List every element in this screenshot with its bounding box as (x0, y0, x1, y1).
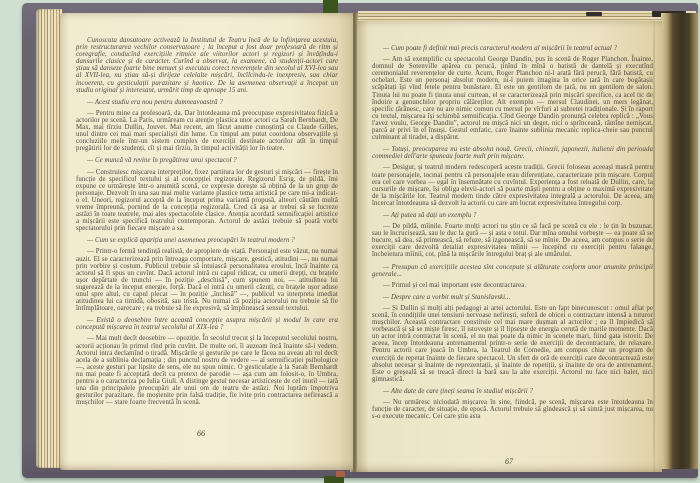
open-book-photo: Cunoscuta dansatoare activează la Instit… (0, 0, 700, 483)
spine-tab-bottom (324, 476, 344, 483)
paragraph: — Acest studiu era nou pentru dumneavoas… (76, 99, 338, 106)
paragraph: — Nu urmăresc niciodată mișcarea în sine… (372, 399, 653, 420)
paragraph: — Mai mult decît deosebire — opoziție. Î… (76, 335, 338, 406)
right-page-number: 67 (505, 457, 513, 466)
page-crease (653, 21, 655, 472)
paragraph: — Cum poate fi definit mai precis caract… (372, 45, 653, 52)
paragraph: — Totuși, preocuparea nu este absolut no… (372, 146, 653, 160)
left-page: Cunoscuta dansatoare activează la Instit… (60, 13, 353, 470)
spine-mark (336, 471, 345, 477)
spine-tab-top (323, 0, 338, 14)
paragraph: — Presupun că exercițiile acestea sînt c… (372, 264, 653, 278)
right-page-text: — Cum poate fi definit mai precis caract… (372, 40, 653, 420)
right-page: — Cum poate fi definit mai precis caract… (357, 21, 662, 472)
paragraph: — Am să exemplific cu spectacolul George… (372, 56, 653, 141)
page-edges-right (661, 13, 698, 469)
paragraph: — Printr-o fermă tendință realistă, de a… (76, 248, 338, 312)
paragraph: — Ce muncă vă revine în pregătirea unui … (76, 157, 338, 164)
paragraph: — Cum se explică apariția unei asemenea … (76, 237, 338, 244)
paragraph: — Ați putea să dați un exemplu ? (372, 212, 653, 219)
paragraph: — Construiesc mișcarea interpreților, fi… (76, 169, 338, 233)
paragraph: — Pentru mine ca profesoară, da. Dar înt… (76, 110, 338, 153)
paragraph: — Desigur, și teatrul modern redescoperă… (372, 164, 653, 207)
left-page-number: 66 (197, 429, 205, 438)
left-page-text: Cunoscuta dansatoare activează la Instit… (76, 37, 338, 406)
paragraph: — Primul și cel mai important este decon… (372, 282, 653, 289)
paragraph: — Despre care a vorbit mult și Stanislav… (372, 294, 653, 301)
page-edges-left (36, 9, 62, 468)
paragraph: Cunoscuta dansatoare activează la Instit… (76, 37, 338, 94)
paragraph: — Există o deosebire între această conce… (76, 317, 338, 331)
paragraph: — Alte date de care țineți seama în stud… (372, 388, 653, 395)
edge-smudge (586, 12, 602, 16)
paragraph: — De pildă, mîinile. Foarte mulți actori… (372, 223, 653, 258)
paragraph: — Și Dullin și mulți alți pedagogi ai ar… (372, 305, 653, 383)
